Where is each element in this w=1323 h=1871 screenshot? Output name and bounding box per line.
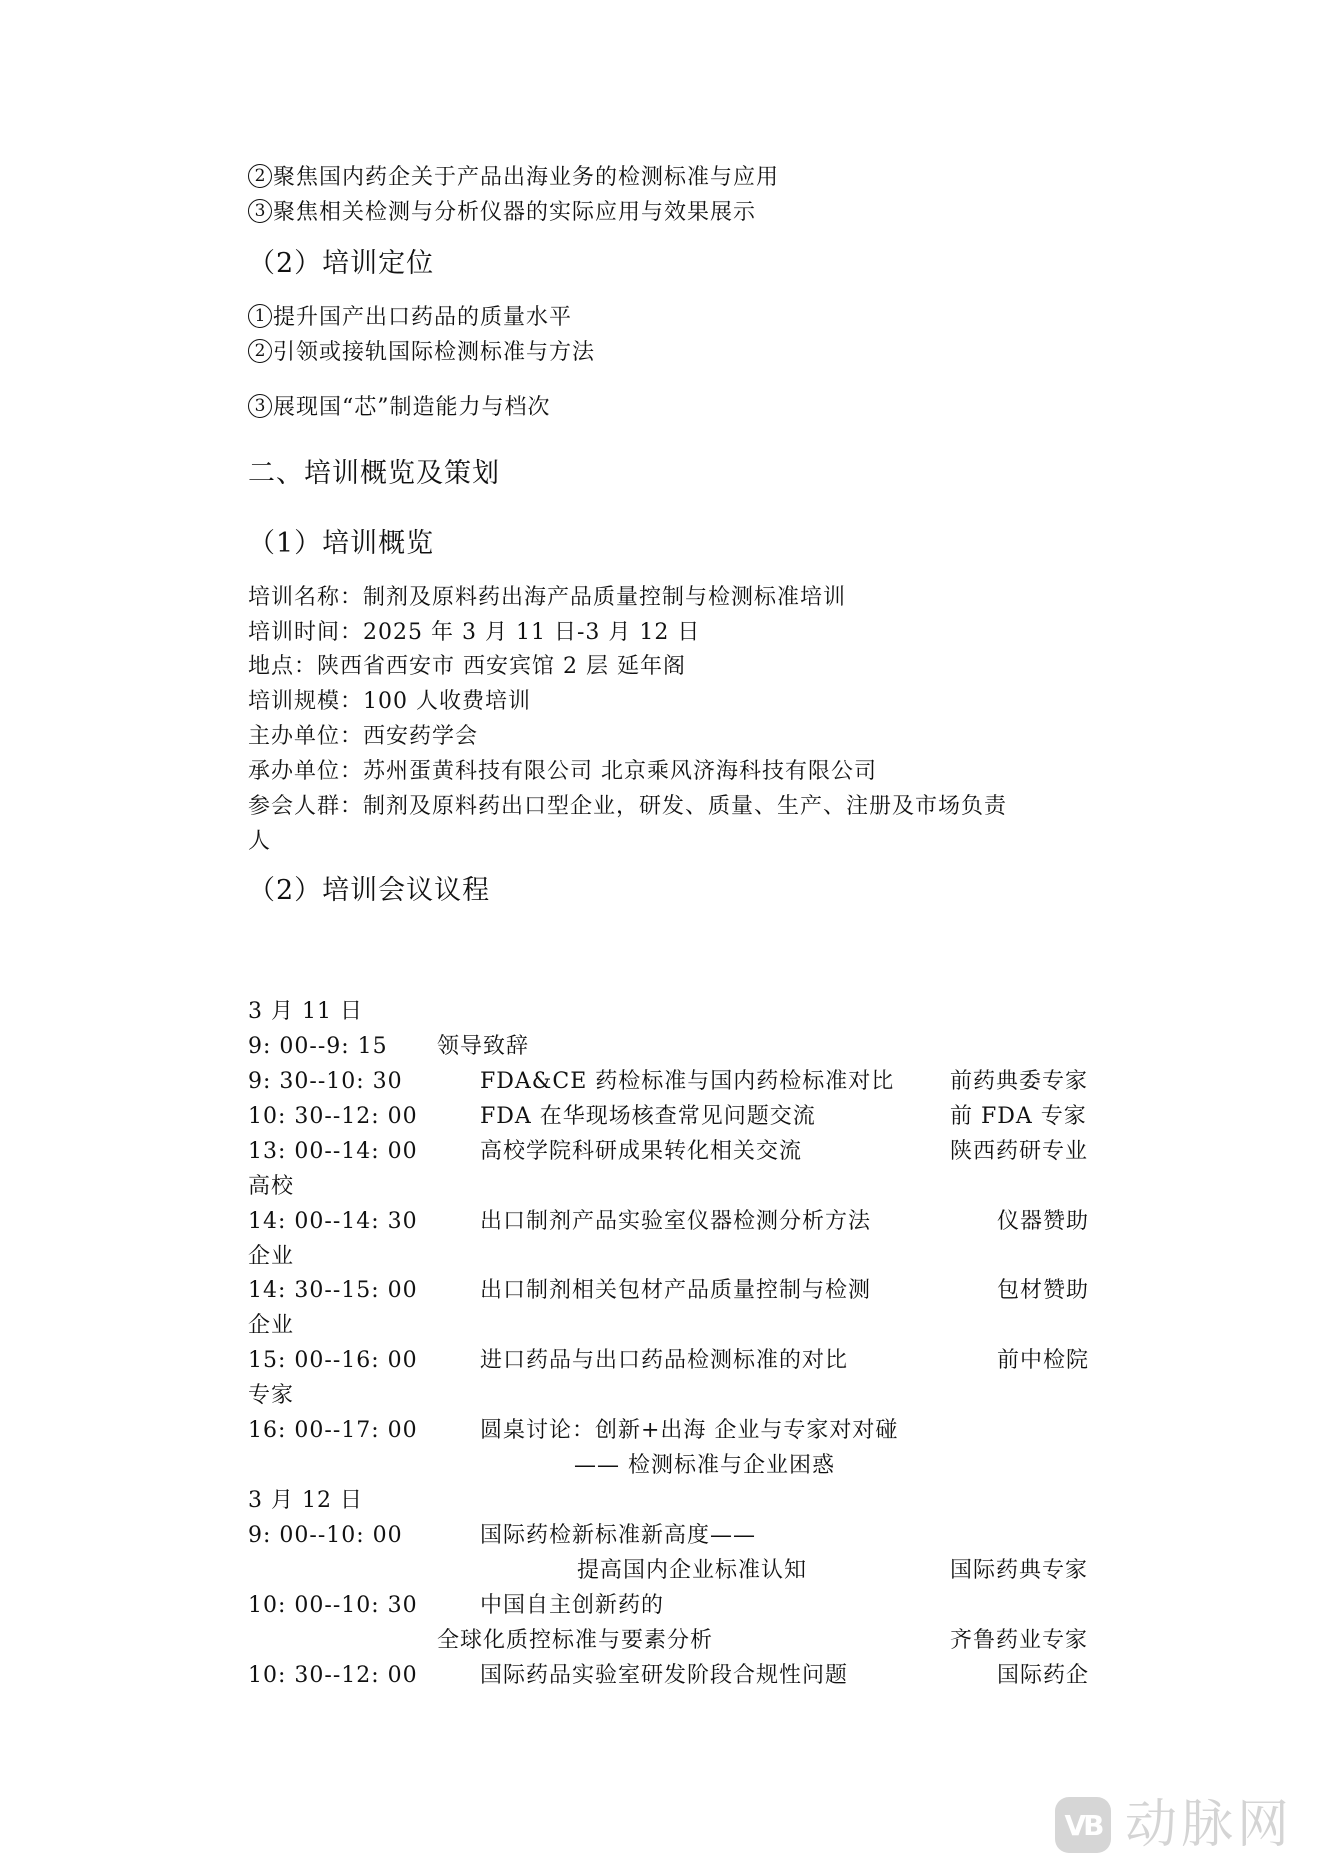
field-label: 地点：	[248, 654, 317, 679]
session-time: 14: 00--14: 30	[248, 1207, 418, 1237]
session-speaker-wrap: 企业	[248, 1311, 294, 1341]
session-speaker: 包材赞助	[997, 1276, 1089, 1306]
field-value: 制剂及原料药出口型企业，研发、质量、生产、注册及市场负责	[363, 794, 1007, 819]
field-value: 陕西省西安市 西安宾馆 2 层 延年阁	[317, 654, 686, 679]
session-topic: 领导致辞	[437, 1032, 529, 1062]
session-time: 10: 30--12: 00	[248, 1102, 418, 1132]
session-topic: 高校学院科研成果转化相关交流	[480, 1137, 802, 1167]
overview-field-wrap: 人	[248, 827, 271, 857]
session-topic: FDA 在华现场核查常见问题交流	[480, 1102, 816, 1132]
session-time: 15: 00--16: 00	[248, 1346, 418, 1376]
overview-field: 主办单位：西安药学会	[248, 722, 478, 752]
goal-item: 3聚焦相关检测与分析仪器的实际应用与效果展示	[248, 198, 756, 228]
session-speaker: 陕西药研专业	[950, 1137, 1088, 1167]
session-speaker: 国际药企	[997, 1661, 1089, 1691]
goal-item: 2聚焦国内药企关于产品出海业务的检测标准与应用	[248, 163, 779, 193]
session-topic: 国际药品实验室研发阶段合规性问题	[480, 1661, 848, 1691]
field-label: 参会人群：	[248, 794, 363, 819]
field-label: 承办单位：	[248, 759, 363, 784]
session-topic: FDA&CE 药检标准与国内药检标准对比	[480, 1067, 894, 1097]
circled-number: 3	[248, 394, 272, 418]
session-topic: 圆桌讨论：创新+出海 企业与专家对对碰	[480, 1416, 898, 1446]
session-time: 16: 00--17: 00	[248, 1416, 418, 1446]
agenda-date: 3 月 12 日	[248, 1486, 363, 1516]
field-value: 制剂及原料药出海产品质量控制与检测标准培训	[363, 585, 846, 610]
session-topic-line2: —— 检测标准与企业困惑	[574, 1451, 835, 1481]
session-speaker: 仪器赞助	[997, 1207, 1089, 1237]
session-speaker: 前中检院	[997, 1346, 1089, 1376]
overview-field: 承办单位：苏州蛋黄科技有限公司 北京乘风济海科技有限公司	[248, 757, 877, 787]
session-speaker: 齐鲁药业专家	[950, 1626, 1088, 1656]
overview-field: 培训名称：制剂及原料药出海产品质量控制与检测标准培训	[248, 583, 846, 613]
session-speaker: 前药典委专家	[950, 1067, 1088, 1097]
session-topic: 出口制剂产品实验室仪器检测分析方法	[480, 1207, 871, 1237]
session-speaker: 前 FDA 专家	[950, 1102, 1087, 1132]
circled-number: 1	[248, 304, 272, 328]
overview-heading: （1）培训概览	[248, 526, 434, 562]
agenda-date: 3 月 11 日	[248, 997, 363, 1027]
session-speaker-wrap: 高校	[248, 1172, 294, 1202]
section-heading: 二、培训概览及策划	[248, 456, 500, 492]
overview-field: 培训规模：100 人收费培训	[248, 687, 531, 717]
overview-field: 地点：陕西省西安市 西安宾馆 2 层 延年阁	[248, 652, 686, 682]
field-label: 培训规模：	[248, 689, 363, 714]
positioning-text: 展现国“芯”制造能力与档次	[273, 395, 551, 420]
field-label: 主办单位：	[248, 724, 363, 749]
circled-number: 2	[248, 164, 272, 188]
positioning-item: 1提升国产出口药品的质量水平	[248, 303, 572, 333]
overview-field: 培训时间：2025 年 3 月 11 日-3 月 12 日	[248, 618, 700, 648]
session-topic: 进口药品与出口药品检测标准的对比	[480, 1346, 848, 1376]
positioning-text: 提升国产出口药品的质量水平	[273, 305, 572, 330]
circled-number: 3	[248, 199, 272, 223]
field-value: 100 人收费培训	[363, 689, 531, 714]
session-speaker-wrap: 专家	[248, 1381, 294, 1411]
agenda-heading: （2）培训会议议程	[248, 873, 490, 909]
positioning-item: 3展现国“芯”制造能力与档次	[248, 393, 551, 423]
session-time: 9: 00--10: 00	[248, 1521, 403, 1551]
overview-field: 参会人群：制剂及原料药出口型企业，研发、质量、生产、注册及市场负责	[248, 792, 1007, 822]
positioning-text: 引领或接轨国际检测标准与方法	[273, 340, 595, 365]
session-time: 9: 30--10: 30	[248, 1067, 403, 1097]
session-time: 13: 00--14: 00	[248, 1137, 418, 1167]
session-speaker-wrap: 企业	[248, 1242, 294, 1272]
session-topic: 国际药检新标准新高度——	[480, 1521, 756, 1551]
watermark-text: 动脉网	[1125, 1795, 1293, 1855]
session-time: 9: 00--9: 15	[248, 1032, 388, 1062]
session-topic-line2: 提高国内企业标准认知	[577, 1556, 807, 1586]
session-time: 14: 30--15: 00	[248, 1276, 418, 1306]
field-value: 西安药学会	[363, 724, 478, 749]
goal-text: 聚焦相关检测与分析仪器的实际应用与效果展示	[273, 200, 756, 225]
field-value: 苏州蛋黄科技有限公司 北京乘风济海科技有限公司	[363, 759, 877, 784]
positioning-heading: （2）培训定位	[248, 246, 434, 282]
session-speaker: 国际药典专家	[950, 1556, 1088, 1586]
field-label: 培训时间：	[248, 620, 363, 645]
session-topic: 中国自主创新药的	[480, 1591, 664, 1621]
positioning-item: 2引领或接轨国际检测标准与方法	[248, 338, 595, 368]
session-time: 10: 00--10: 30	[248, 1591, 418, 1621]
vb-logo-icon: VB	[1055, 1797, 1111, 1853]
session-topic: 出口制剂相关包材产品质量控制与检测	[480, 1276, 871, 1306]
session-time: 10: 30--12: 00	[248, 1661, 418, 1691]
field-value: 2025 年 3 月 11 日-3 月 12 日	[363, 620, 700, 645]
goal-text: 聚焦国内药企关于产品出海业务的检测标准与应用	[273, 165, 779, 190]
watermark: VB 动脉网	[1055, 1790, 1323, 1860]
field-label: 培训名称：	[248, 585, 363, 610]
circled-number: 2	[248, 339, 272, 363]
session-topic-line2: 全球化质控标准与要素分析	[437, 1626, 713, 1656]
